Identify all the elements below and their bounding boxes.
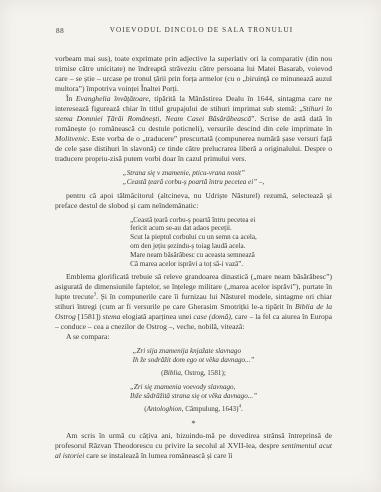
paragraph: vorbeam mai sus), toate exprimate prin a… (55, 54, 332, 94)
verse-block: „Zri sija znamenija knjažate slavnagoIh … (133, 347, 255, 365)
verse-block: „Ceastă țeară corbu-ș poartă întru pecet… (130, 216, 257, 269)
paragraph: Am scris în urmă cu câțiva ani, bizuindu… (55, 431, 332, 461)
italic-text: case (domă) (193, 312, 230, 321)
paragraph: În Evanghelia învățătoare, tipărită la M… (55, 94, 332, 164)
page-number: 88 (56, 27, 64, 35)
book-page: 88 VOIEVODUL DINCOLO DE SALA TRONULUI vo… (0, 0, 381, 492)
verse-line: „Ceastă țeară corbu-ș poartă întru pecet… (130, 216, 257, 225)
page-body: vorbeam mai sus), toate exprimate prin a… (55, 54, 332, 461)
italic-text: stema (103, 312, 121, 321)
italic-text: Biblia (164, 369, 181, 377)
verse-line: fericit acum se-au dat adaos peceții. (130, 224, 257, 233)
asterisk-separator: * (55, 419, 332, 428)
text-run: . Și în compunerile care îi furnizau lui… (55, 292, 332, 311)
text-run: care se instalează în lumea românească ș… (84, 451, 232, 460)
text-run: În (66, 94, 76, 103)
text-run: [1581]) (76, 312, 103, 321)
text-run: . (241, 405, 243, 413)
italic-text: Evanghelia învățătoare (76, 94, 149, 103)
verse-line: Ihže sădrăžită strana się ot věka davnag… (130, 392, 257, 401)
verse-block: „Strana się v znamenie, pticu-vrana nosi… (123, 169, 264, 187)
page-header: 88 VOIEVODUL DINCOLO DE SALA TRONULUI (55, 26, 332, 37)
citation-line: (Antologhion, Câmpulung, 1643)4. (55, 405, 332, 414)
verse-block: „Zri się znamenia voevody slavnago,Ihže … (130, 383, 257, 401)
citation-line: (Biblia, Ostrog, 1581); (55, 369, 332, 378)
paragraph: Emblema glorificată trebuie să releve gr… (55, 272, 332, 332)
verse-line: Scut la pieptul corbului cu un semn ca a… (130, 233, 257, 242)
verse-line: Ih že sodrăžit dom ego ot věka davnago..… (133, 356, 255, 365)
italic-text: Antologhion (147, 405, 182, 413)
text-run: , Ostrog, 1581); (181, 369, 226, 377)
text-run: , Câmpulung, 1643) (182, 405, 239, 413)
verse-line: „Zri sija znamenija knjažate slavnago (133, 347, 255, 356)
paragraph: A se compara: (55, 332, 332, 342)
verse-line: om den jețiu șezindu-ș toiag laudă acela… (130, 242, 257, 251)
verse-line: „Zri się znamenia voevody slavnago, (130, 383, 257, 392)
verse-line: „Strana się v znamenie, pticu-vrana nosi… (123, 169, 264, 178)
text-run: pentru că apoi tălmăcitorul (altcineva, … (55, 191, 332, 210)
text-run: . Este vorba de o „traducere” prescurtat… (55, 134, 332, 163)
running-title: VOIEVODUL DINCOLO DE SALA TRONULUI (55, 26, 332, 34)
text-run: A se compara: (66, 332, 109, 341)
verse-line: Mare neam băsărăbesc cu aceasta semnează (130, 251, 257, 260)
text-run: vorbeam mai sus), toate exprimate prin a… (55, 54, 332, 93)
verse-line: „Ceastă țeară corbu-ș poartă întru pecet… (123, 178, 264, 187)
text-run: elogiată aparținea unei (120, 312, 193, 321)
italic-text: Molitvenic (55, 134, 87, 143)
verse-line: Că marea acelor isprăvi a toț să-i vază”… (130, 260, 257, 269)
paragraph: pentru că apoi tălmăcitorul (altcineva, … (55, 191, 332, 211)
